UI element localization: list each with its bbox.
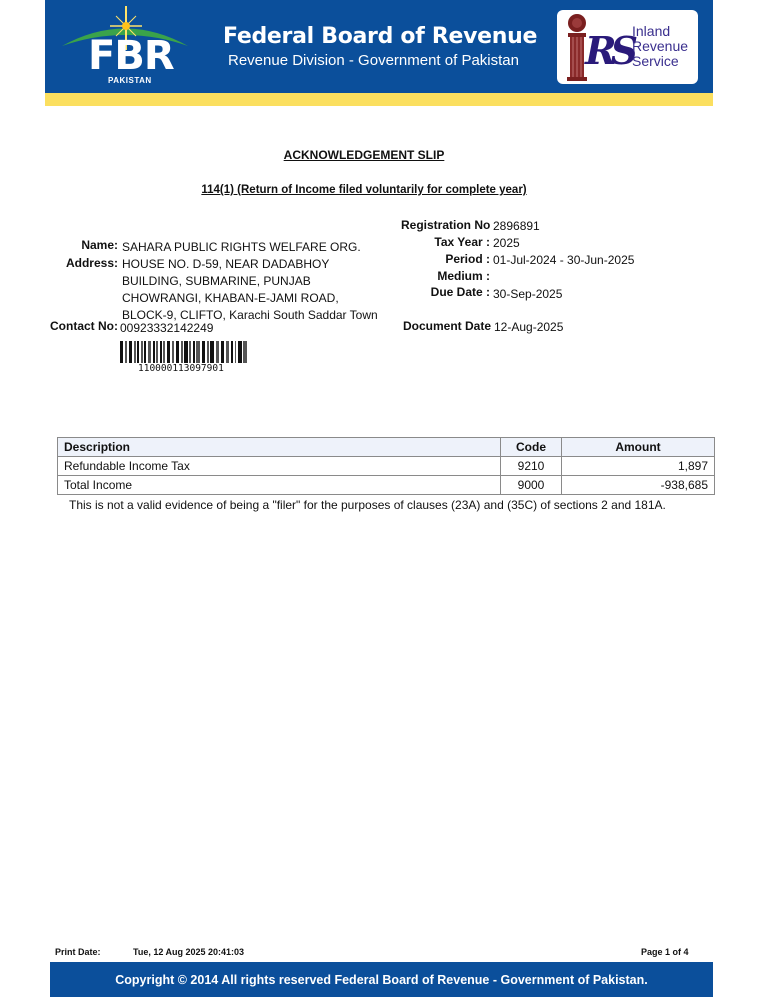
row-code: 9000 (501, 476, 562, 495)
filer-disclaimer: This is not a valid evidence of being a … (69, 498, 666, 512)
taxpayer-name: SAHARA PUBLIC RIGHTS WELFARE ORG. (122, 239, 361, 255)
address-label: Address: (66, 256, 118, 270)
due-date: 30-Sep-2025 (493, 286, 562, 302)
row-amount: -938,685 (562, 476, 715, 495)
period: 01-Jul-2024 - 30-Jun-2025 (493, 252, 634, 268)
document-subtitle: 114(1) (Return of Income filed voluntari… (0, 184, 728, 196)
header-subtitle: Revenue Division - Government of Pakista… (228, 52, 519, 69)
registration-number: 2896891 (493, 218, 540, 234)
col-description: Description (58, 438, 501, 457)
copyright-footer: Copyright © 2014 All rights reserved Fed… (50, 962, 713, 997)
contact-label: Contact No: (50, 319, 118, 333)
registration-label: Registration No (401, 218, 490, 232)
table-row: Refundable Income Tax 9210 1,897 (58, 457, 715, 476)
col-code: Code (501, 438, 562, 457)
irs-logo-text: Inland Revenue Service (632, 24, 688, 69)
col-amount: Amount (562, 438, 715, 457)
document-date: 12-Aug-2025 (494, 319, 563, 335)
irs-monogram: RS (585, 28, 632, 73)
document-date-label: Document Date (403, 319, 491, 333)
header-yellow-strip (45, 93, 713, 106)
barcode-number: 110000113097901 (138, 363, 224, 374)
fbr-logo-text: FBR (88, 36, 174, 76)
row-code: 9210 (501, 457, 562, 476)
medium-label: Medium : (437, 269, 490, 283)
fbr-logo-subtext: PAKISTAN (108, 76, 152, 85)
print-date: Tue, 12 Aug 2025 20:41:03 (133, 947, 244, 957)
header-title: Federal Board of Revenue (223, 24, 537, 49)
contact-number: 00923332142249 (120, 320, 213, 336)
income-table: Description Code Amount Refundable Incom… (57, 437, 715, 495)
print-date-label: Print Date: (55, 947, 101, 957)
period-label: Period : (445, 252, 490, 266)
irs-logo: RS Inland Revenue Service (557, 10, 698, 84)
fbr-logo: FBR PAKISTAN (60, 6, 190, 88)
table-header-row: Description Code Amount (58, 438, 715, 457)
tax-year: 2025 (493, 235, 520, 251)
due-date-label: Due Date : (431, 285, 490, 299)
taxpayer-address: HOUSE NO. D-59, NEAR DADABHOY BUILDING, … (122, 256, 392, 324)
page-number: Page 1 of 4 (641, 947, 689, 957)
tax-year-label: Tax Year : (434, 235, 490, 249)
barcode (120, 341, 249, 363)
document-title: ACKNOWLEDGEMENT SLIP (0, 148, 728, 162)
table-row: Total Income 9000 -938,685 (58, 476, 715, 495)
row-description: Refundable Income Tax (58, 457, 501, 476)
row-description: Total Income (58, 476, 501, 495)
name-label: Name: (81, 238, 118, 252)
header-banner: FBR PAKISTAN Federal Board of Revenue Re… (45, 0, 713, 93)
row-amount: 1,897 (562, 457, 715, 476)
